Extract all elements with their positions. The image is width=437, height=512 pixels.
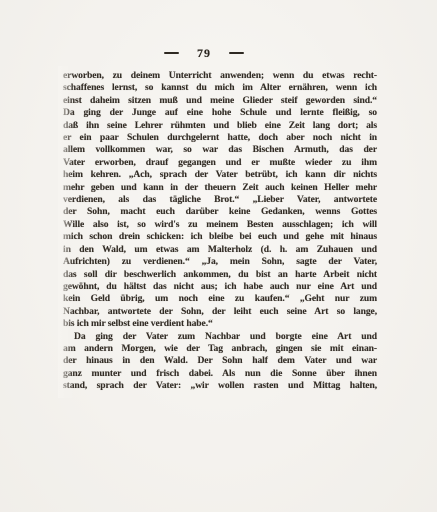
text-line: mich schon drein schicken: ich bleibe be…	[63, 231, 377, 243]
text-line: Da ging der Vater zum Nachbar und borgte…	[63, 331, 377, 343]
text-line: heim kehren. „Ach, sprach der Vater betr…	[63, 169, 377, 181]
header-dash-left: —	[164, 52, 179, 55]
text-line: am andern Morgen, wie der Tag anbrach, g…	[63, 343, 377, 355]
text-line: erworben, zu deinem Unterricht anwenden;…	[63, 70, 377, 82]
text-line: in den Wald, um etwas am Malterholz (d. …	[63, 244, 377, 256]
text-line: allem vollkommen war, so war das Bischen…	[63, 144, 377, 156]
text-line: der hinaus in den Wald. Der Sohn half de…	[63, 355, 377, 367]
text-line: er ein paar Schulen durchgelernt hatte, …	[63, 132, 377, 144]
text-line: Da ging der Junge auf eine hohe Schule u…	[63, 107, 377, 119]
page-number: 79	[197, 46, 211, 61]
text-line: gewöhnt, du hältst das nicht aus; ich ha…	[63, 281, 377, 293]
text-line: der Sohn, macht euch darüber keine Gedan…	[63, 206, 377, 218]
header-dash-right: —	[229, 52, 244, 55]
text-line: schaffenes lernst, so kannst du mich im …	[63, 82, 377, 94]
text-line: Vater erworben, drauf gegangen und er mu…	[63, 157, 377, 169]
text-line: Aufrichten) zu verdienen.“ „Ja, mein Soh…	[63, 256, 377, 268]
page-header: — 79 —	[164, 44, 244, 62]
text-line: mehr geben und kann in der theuern Zeit …	[63, 182, 377, 194]
text-line: bis ich mir selbst eine verdient habe.“	[63, 318, 377, 330]
text-line: das soll dir beschwerlich ankommen, du b…	[63, 269, 377, 281]
text-line: daß ihn seine Lehrer rühmten und blieb e…	[63, 120, 377, 132]
book-page-scan: — 79 — erworben, zu deinem Unterricht an…	[0, 0, 437, 512]
page-text-block: erworben, zu deinem Unterricht anwenden;…	[63, 70, 377, 393]
text-line: Nachbar, antwortete der Sohn, der leiht …	[63, 306, 377, 318]
text-line: Wille also ist, so wird's zu meinem Best…	[63, 219, 377, 231]
text-line: einst daheim sitzen muß und meine Gliede…	[63, 95, 377, 107]
text-line: stand, sprach der Vater: „wir wollen ras…	[63, 380, 377, 392]
text-line: verdienen, als das tägliche Brot.“ „Lieb…	[63, 194, 377, 206]
text-line: ganz munter und frisch dabei. Als nun di…	[63, 368, 377, 380]
text-line: kein Geld übrig, um noch eine zu kaufen.…	[63, 293, 377, 305]
